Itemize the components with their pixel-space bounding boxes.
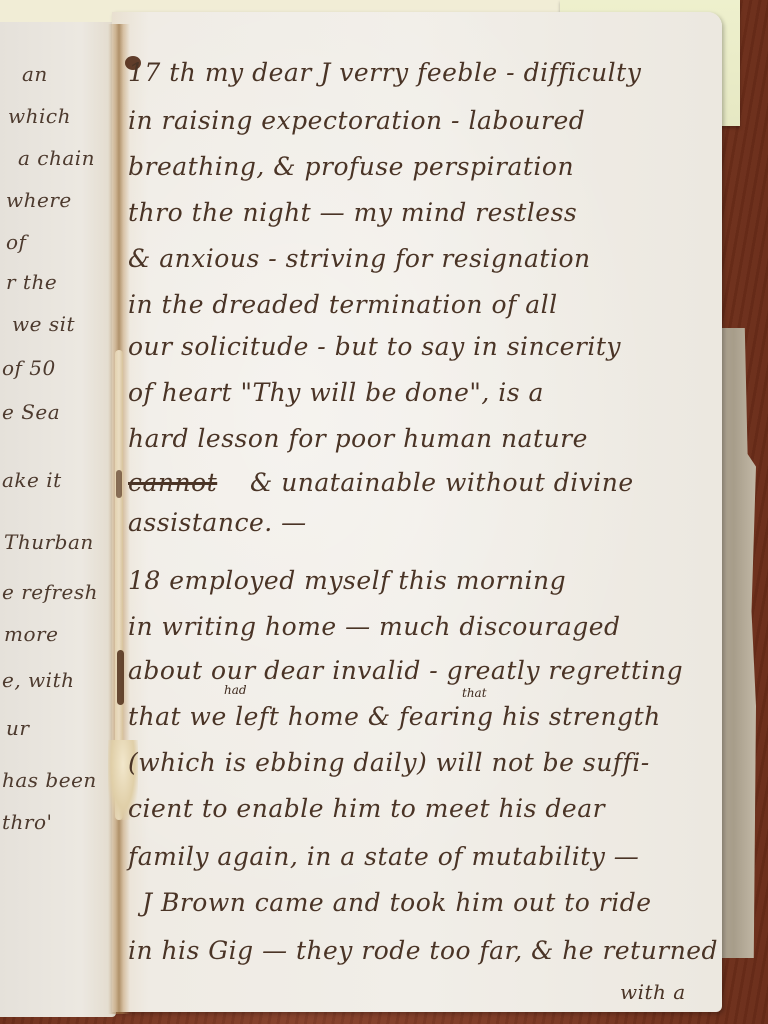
left-line: of 50 (2, 356, 56, 380)
journal-line: & unatainable without divine (250, 468, 634, 497)
journal-line: about our dear invalid - greatly regrett… (128, 656, 683, 685)
left-line: Thurban (4, 530, 94, 554)
journal-line: in his Gig — they rode too far, & he ret… (128, 936, 718, 965)
insertion-that: that (462, 686, 487, 700)
left-line: e refresh (2, 580, 98, 604)
left-line: of (6, 230, 26, 254)
journal-line: cient to enable him to meet his dear (128, 794, 605, 823)
journal-line: cannot (128, 468, 217, 497)
left-line: has been (2, 768, 97, 792)
left-line: more (4, 622, 58, 646)
left-line: ur (6, 716, 29, 740)
left-line: we sit (12, 312, 75, 336)
ink-stain (117, 650, 124, 705)
left-line: a chain (18, 146, 95, 170)
left-line: e Sea (2, 400, 60, 424)
journal-line-entry-17: 17 th my dear J verry feeble - difficult… (128, 58, 641, 87)
journal-line: in raising expectoration - laboured (128, 106, 585, 135)
left-line: thro' (2, 810, 53, 834)
journal-line: hard lesson for poor human nature (128, 424, 588, 453)
journal-line: our solicitude - but to say in sincerity (128, 332, 621, 361)
journal-line-entry-18: 18 employed myself this morning (128, 566, 566, 595)
left-line: where (6, 188, 72, 212)
journal-line: J Brown came and took him out to ride (142, 888, 652, 917)
left-page (0, 22, 116, 1017)
left-line: e, with (2, 668, 74, 692)
journal-line: breathing, & profuse perspiration (128, 152, 574, 181)
journal-line: assistance. — (128, 508, 307, 537)
left-line: r the (6, 270, 57, 294)
insertion-had: had (224, 683, 247, 697)
journal-line: & anxious - striving for resignation (128, 244, 591, 273)
struck-word: cannot (128, 468, 217, 497)
ink-stain (116, 470, 122, 498)
journal-line: that we left home & fearing his strength (128, 702, 661, 731)
left-line: which (8, 104, 71, 128)
journal-line: in the dreaded termination of all (128, 290, 558, 319)
journal-line-catchword: with a (620, 980, 686, 1004)
journal-line: thro the night — my mind restless (128, 198, 577, 227)
journal-line: in writing home — much discouraged (128, 612, 621, 641)
left-line: an (22, 62, 48, 86)
journal-line: (which is ebbing daily) will not be suff… (128, 748, 650, 777)
left-line: ake it (2, 468, 62, 492)
journal-line: family again, in a state of mutability — (128, 842, 639, 871)
journal-line: of heart "Thy will be done", is a (128, 378, 544, 407)
